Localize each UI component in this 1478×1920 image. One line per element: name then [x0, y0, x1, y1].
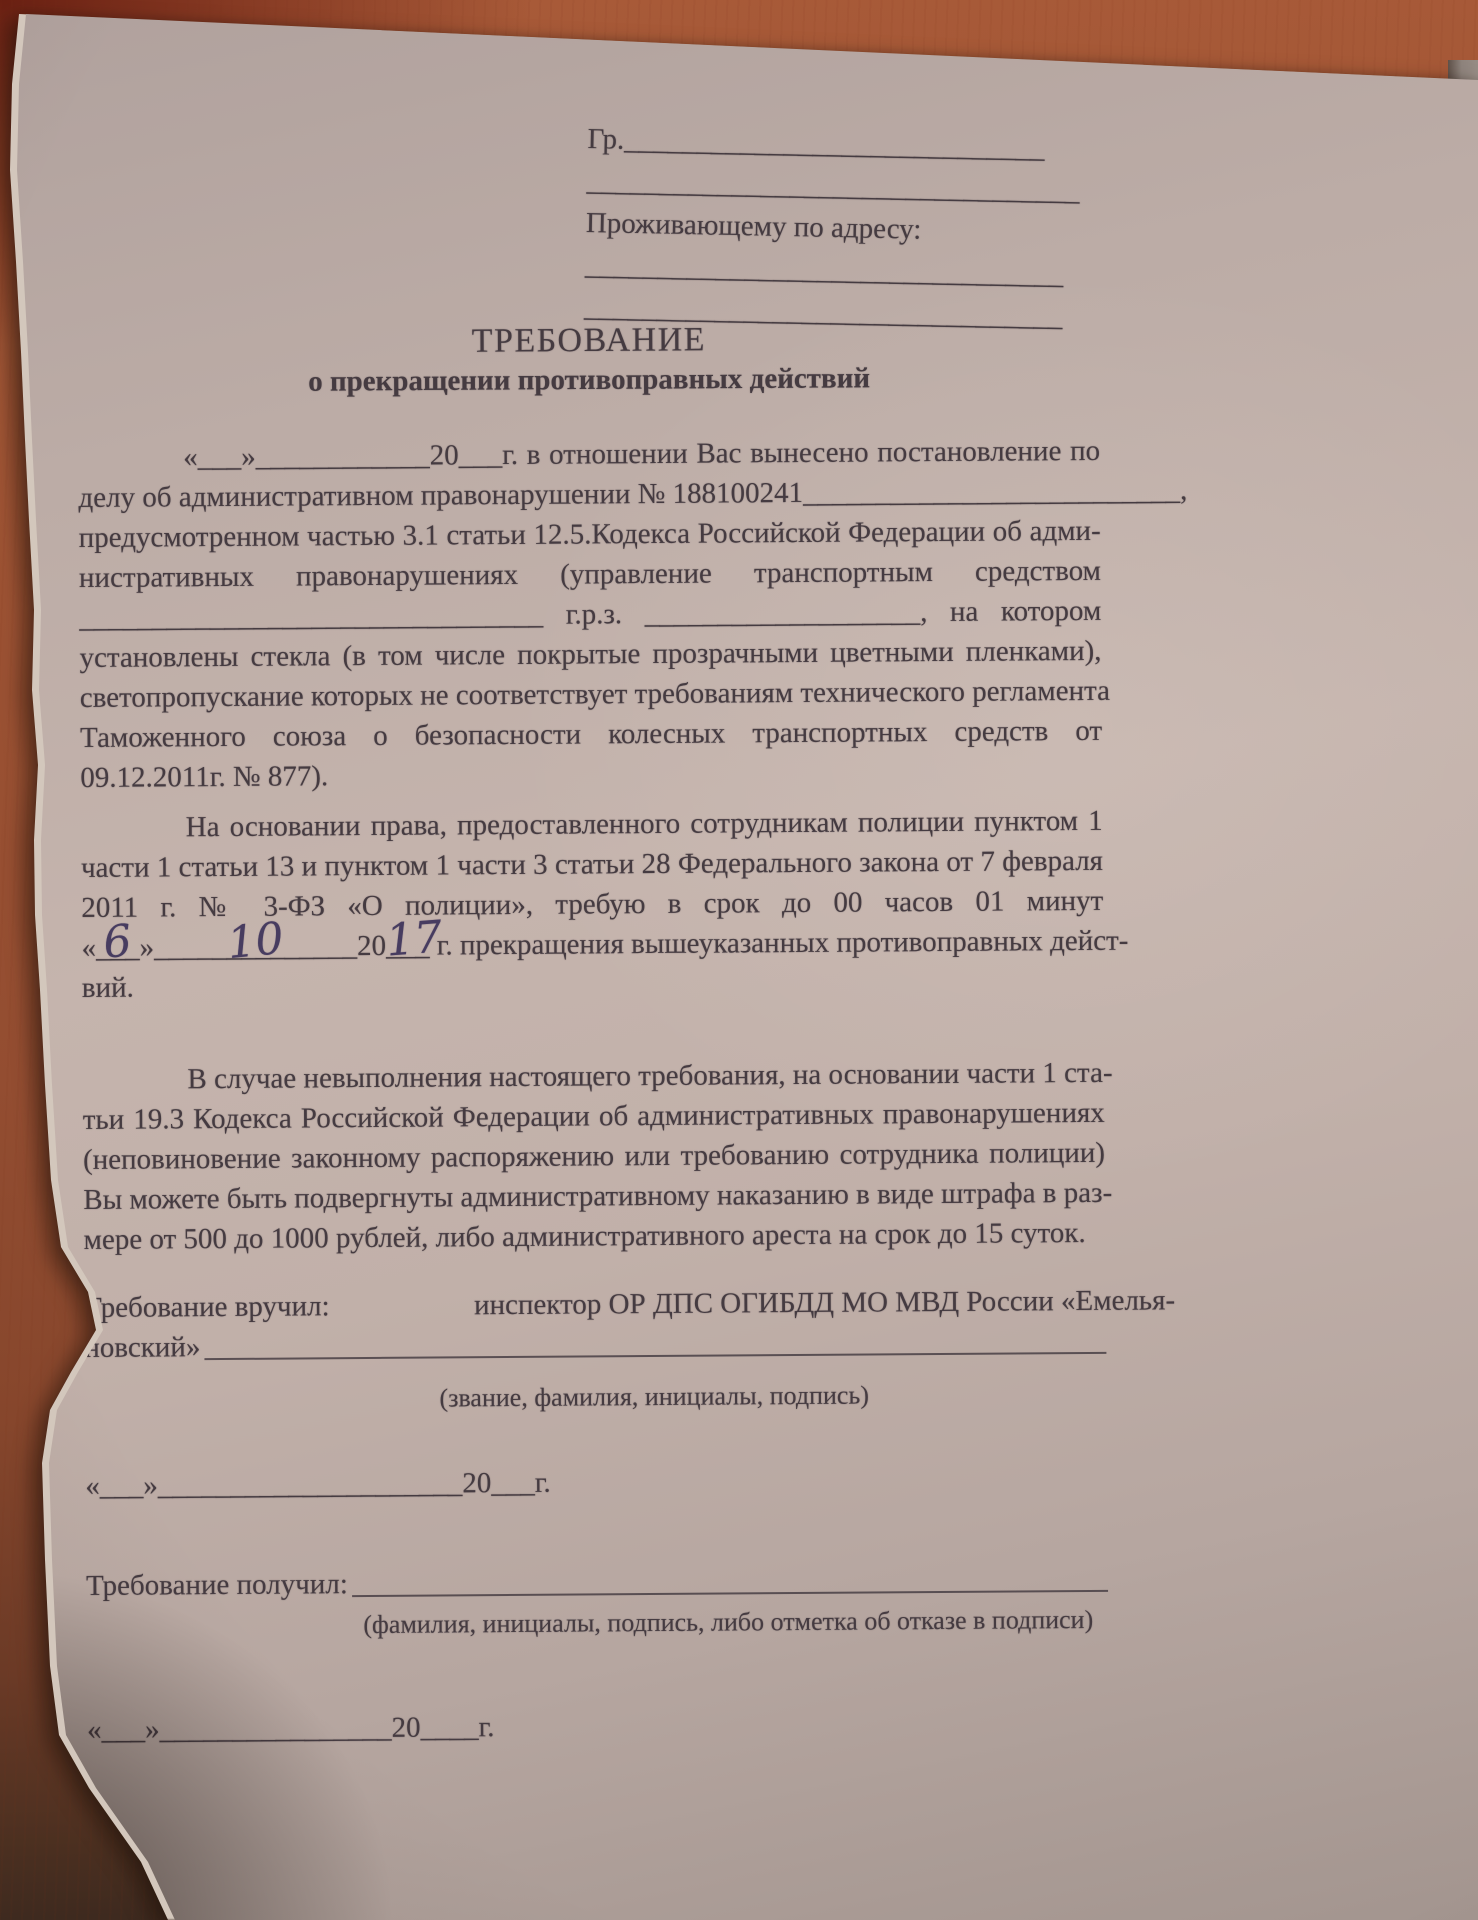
document-subtitle: о прекращении противоправных действий	[78, 357, 1100, 403]
year-blank-field: ___17	[386, 926, 430, 966]
paragraph-line: ________________________________ г.р.з. …	[79, 591, 1101, 638]
paper-wrap: Гр._____________________________ _______…	[0, 0, 1478, 1920]
received-by-row: Требование получил:	[86, 1559, 1108, 1606]
paragraph-line: Вы можете быть подвергнуты административ…	[83, 1173, 1105, 1220]
received-by-block: Требование получил: (фамилия, инициалы, …	[86, 1559, 1109, 1644]
addressee-block: Гр._____________________________ _______…	[584, 118, 1093, 338]
paragraph-line: тьи 19.3 Кодекса Российской Федерации об…	[83, 1093, 1105, 1140]
date-blank-line: «___»________________20____г.	[87, 1703, 1109, 1750]
month-blank-field: ______________10	[154, 926, 357, 967]
quote-open: «	[81, 932, 96, 964]
paragraph-line: установлены стекла (в том числе покрытые…	[79, 631, 1101, 678]
paragraph-line: светопропускание которых не соответствуе…	[80, 671, 1102, 718]
paragraph-line: 09.12.2011г. № 877).	[80, 751, 1102, 798]
paper-sheet: Гр._____________________________ _______…	[0, 0, 1478, 1920]
quote-close: »	[139, 931, 154, 963]
paragraph-3: В случае невыполнения настоящего требова…	[82, 1053, 1105, 1260]
handwritten-day: 6	[102, 919, 134, 965]
handwritten-date-line: «___6»______________1020___17 г. прекращ…	[81, 921, 1103, 968]
paragraph-line: предусмотренном частью 3.1 статьи 12.5.К…	[79, 511, 1101, 558]
inspector-unit-text: новский»	[84, 1327, 200, 1368]
year-prefix: 20	[357, 930, 386, 962]
signature-caption: (фамилия, инициалы, подпись, либо отметк…	[86, 1603, 1108, 1644]
document-body: «___»____________20___г. в отношении Вас…	[78, 431, 1109, 1750]
paragraph-line: части 1 статьи 13 и пунктом 1 части 3 ст…	[81, 841, 1103, 888]
paragraph-line: мере от 500 до 1000 рублей, либо админис…	[83, 1213, 1105, 1260]
paragraph-line: «___»____________20___г. в отношении Вас…	[78, 431, 1100, 478]
paragraph-line: делу об административном правонарушении …	[78, 471, 1100, 518]
signature-caption: (звание, фамилия, инициалы, подпись)	[85, 1377, 1107, 1418]
served-by-label: Требование вручил:	[84, 1285, 474, 1328]
signature-blank-line	[204, 1352, 1106, 1360]
document-title: ТРЕБОВАНИЕ	[78, 319, 1100, 363]
served-by-block: Требование вручил:инспектор ОР ДПС ОГИБД…	[84, 1281, 1107, 1418]
handwritten-month: 10	[226, 917, 286, 966]
served-by-signature-line: новский»	[84, 1321, 1106, 1368]
paragraph-line: (неповиновение законному распоряжению ил…	[83, 1133, 1105, 1180]
day-blank-field: ___6	[96, 928, 140, 968]
inspector-unit-text: инспектор ОР ДПС ОГИБДД МО МВД России «Е…	[474, 1280, 1175, 1325]
paragraph-line: На основании права, предоставленного сот…	[81, 801, 1103, 848]
paragraph-2: На основании права, предоставленного сот…	[81, 801, 1104, 1008]
handwritten-year: 17	[385, 915, 444, 963]
paragraph-1: «___»____________20___г. в отношении Вас…	[78, 431, 1102, 798]
paragraph-line: В случае невыполнения настоящего требова…	[82, 1053, 1104, 1100]
served-by-row: Требование вручил:инспектор ОР ДПС ОГИБД…	[84, 1281, 1106, 1328]
paragraph-line: Таможенного союза о безопасности колесны…	[80, 711, 1102, 758]
paragraph-line: нистративных правонарушениях (управление…	[79, 551, 1101, 598]
document-header: ТРЕБОВАНИЕ о прекращении противоправных …	[78, 319, 1100, 403]
received-by-label: Требование получил:	[86, 1564, 348, 1606]
paragraph-line: г. прекращения вышеуказанных противоправ…	[437, 925, 1129, 962]
date-blank-line: «___»_____________________20___г.	[85, 1459, 1107, 1506]
signature-blank-line	[352, 1590, 1108, 1597]
